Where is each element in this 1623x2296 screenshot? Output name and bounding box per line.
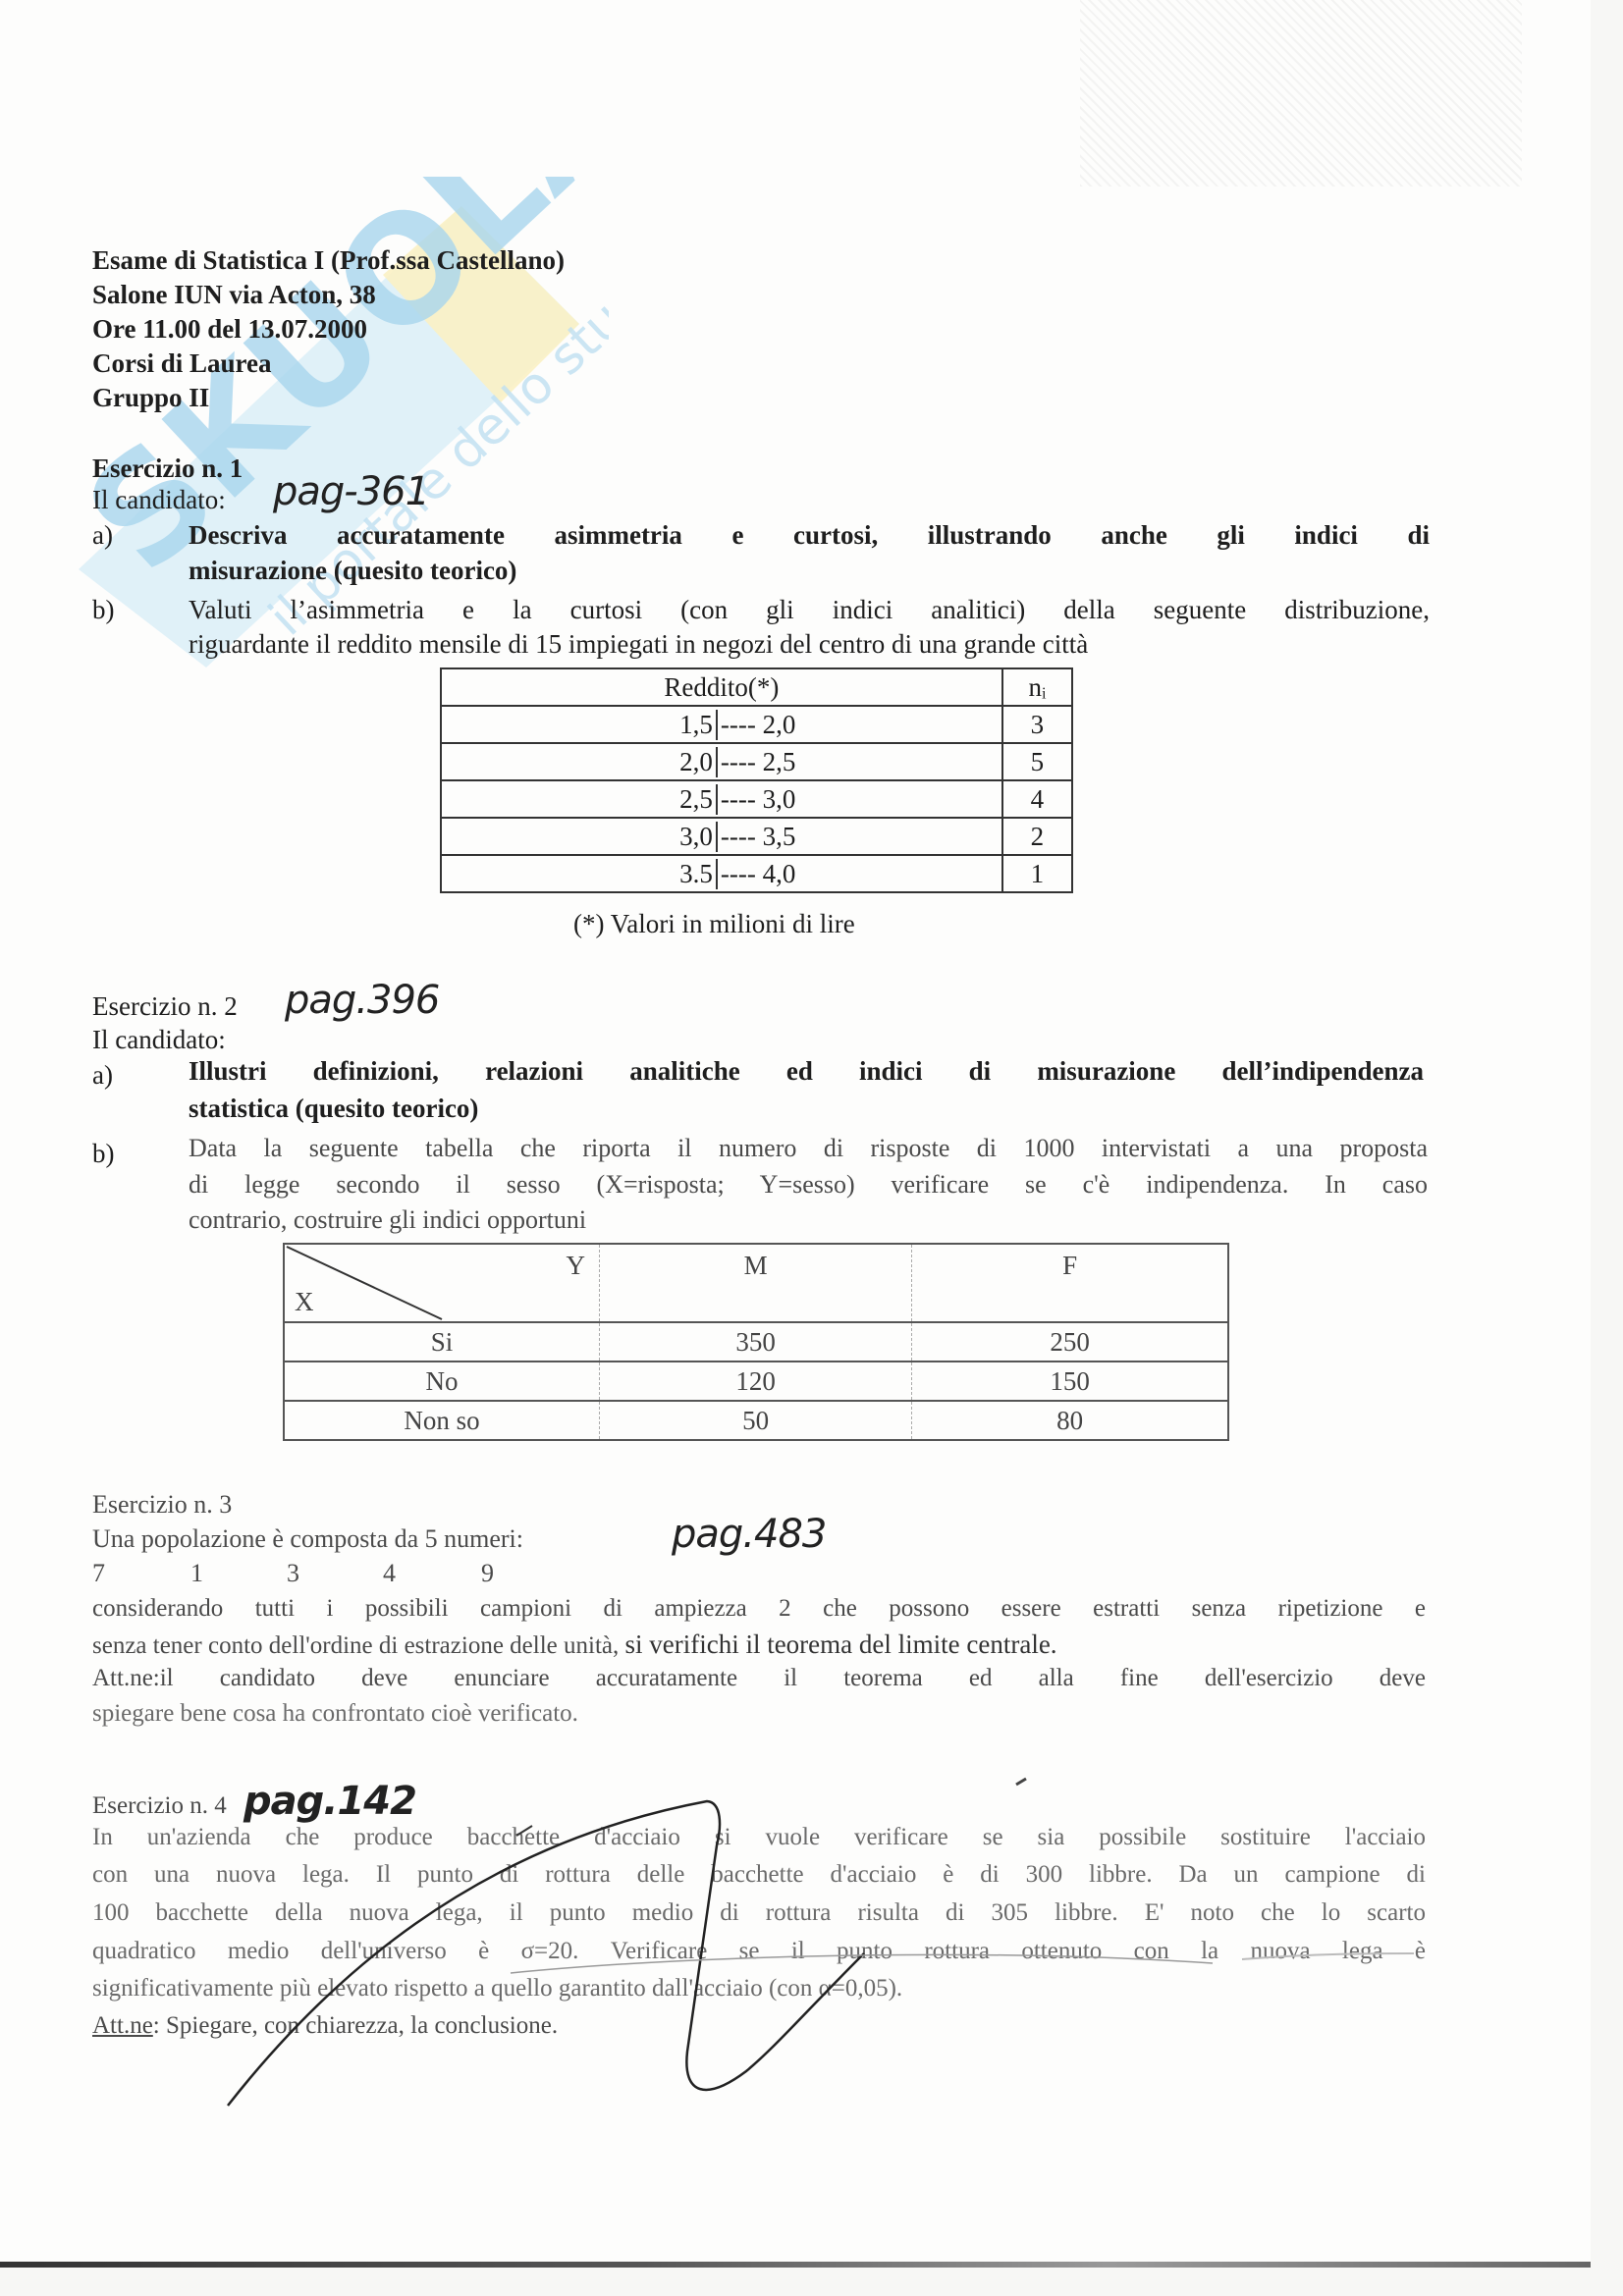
ex1-b-text-line2: riguardante il reddito mensile di 15 imp… [189, 629, 1088, 660]
ex3-number: 7 [92, 1559, 105, 1588]
ex3-line2: considerando tutti i possibili campioni … [92, 1595, 1426, 1623]
ex1-a-text-line1: Descriva accuratamente asimmetria e curt… [189, 520, 1430, 551]
ex4-title: Esercizio n. 4 [92, 1792, 227, 1820]
ex2-a-label: a) [92, 1060, 113, 1091]
class-upper: ---- 2,0 [718, 710, 799, 740]
class-lower: 2,0 [644, 747, 718, 777]
corner-x-label: X [295, 1287, 314, 1317]
class-lower: 2,5 [644, 784, 718, 815]
diagonal-divider [285, 1245, 599, 1321]
row-label: Si [284, 1322, 600, 1362]
ex4-att-text: : Spiegare, con chiarezza, la conclusion… [153, 2012, 558, 2039]
ex4-handwritten-note: pag.142 [243, 1779, 416, 1824]
table-row: 1,5---- 2,0 3 [441, 706, 1072, 743]
ex1-title: Esercizio n. 1 [92, 452, 243, 486]
class-lower: 1,5 [644, 710, 718, 740]
ex3-number: 3 [287, 1559, 299, 1588]
row-label: Non so [284, 1401, 600, 1440]
ex2-a-text-line2: statistica (quesito teorico) [189, 1094, 478, 1124]
ex3-number: 9 [481, 1559, 494, 1588]
corner-y-label: Y [567, 1251, 586, 1281]
ex3-number: 1 [190, 1559, 203, 1588]
corner-cell: Y X [284, 1244, 600, 1322]
income-distribution-table: Reddito(*) nᵢ 1,5---- 2,0 3 2,0---- 2,5 … [440, 667, 1073, 893]
ex2-handwritten-note: pag.396 [285, 978, 439, 1023]
header-ni: nᵢ [1002, 668, 1072, 706]
col-header-m: M [600, 1244, 912, 1322]
table-row: 2,5---- 3,0 4 [441, 780, 1072, 818]
cell-value: 250 [912, 1322, 1228, 1362]
frequency: 2 [1002, 818, 1072, 855]
class-lower: 3.5 [644, 859, 718, 889]
contingency-table: Y X M F Si 350 250 No 120 150 Non so 50 … [283, 1243, 1229, 1441]
ex2-b-text-line1: Data la seguente tabella che riporta il … [189, 1134, 1428, 1163]
table-row: No 120 150 [284, 1362, 1228, 1401]
ex1-handwritten-note: pag-361 [273, 469, 429, 514]
table-row: Non so 50 80 [284, 1401, 1228, 1440]
exam-title: Esame di Statistica I (Prof.ssa Castella… [92, 243, 565, 278]
ex3-line1: Una popolazione è composta da 5 numeri: [92, 1524, 523, 1554]
cell-value: 350 [600, 1322, 912, 1362]
cell-value: 120 [600, 1362, 912, 1401]
ex3-number: 4 [383, 1559, 396, 1588]
ex2-intro: Il candidato: [92, 1025, 226, 1055]
ex1-a-label: a) [92, 520, 113, 551]
ex4-line4: quadratico medio dell'universo è σ=20. V… [92, 1938, 1426, 1965]
exam-course: Corsi di Laurea [92, 347, 272, 381]
ex1-b-text-line1: Valuti l’asimmetria e la curtosi (con gl… [189, 595, 1430, 625]
ex1-a-text-line2: misurazione (quesito teorico) [189, 556, 516, 586]
frequency: 5 [1002, 743, 1072, 780]
frequency: 3 [1002, 706, 1072, 743]
table-row: 3,0---- 3,5 2 [441, 818, 1072, 855]
ex3-line3-plain: senza tener conto dell'ordine di estrazi… [92, 1632, 624, 1659]
table-row: Si 350 250 [284, 1322, 1228, 1362]
ex2-a-text-line1: Illustri definizioni, relazioni analitic… [189, 1056, 1424, 1087]
ex1-intro: Il candidato: [92, 485, 226, 515]
ex3-line3: senza tener conto dell'ordine di estrazi… [92, 1629, 1057, 1660]
page-edge-shadow [0, 2262, 1591, 2268]
table-row: 2,0---- 2,5 5 [441, 743, 1072, 780]
class-lower: 3,0 [644, 822, 718, 852]
header-reddito: Reddito(*) [441, 668, 1002, 706]
ex4-line1: In un'azienda che produce bacchette d'ac… [92, 1824, 1426, 1851]
table-header-row: Y X M F [284, 1244, 1228, 1322]
scan-noise [1080, 0, 1522, 187]
exam-location: Salone IUN via Acton, 38 [92, 278, 376, 312]
ex1-b-label: b) [92, 595, 115, 625]
ex2-b-text-line2: di legge secondo il sesso (X=risposta; Y… [189, 1170, 1428, 1200]
ex2-b-text-line3: contrario, costruire gli indici opportun… [189, 1205, 586, 1235]
frequency: 1 [1002, 855, 1072, 892]
class-upper: ---- 3,0 [718, 784, 799, 815]
ex4-line5: significativamente più elevato rispetto … [92, 1975, 902, 2002]
ex4-line2: con una nuova lega. Il punto di rottura … [92, 1861, 1426, 1889]
table-row: 3.5---- 4,0 1 [441, 855, 1072, 892]
class-upper: ---- 2,5 [718, 747, 799, 777]
ex3-line5: spiegare bene cosa ha confrontato cioè v… [92, 1700, 578, 1728]
row-label: No [284, 1362, 600, 1401]
table-footnote: (*) Valori in milioni di lire [573, 909, 855, 939]
ex3-line3-emph: si verifichi il teorema del limite centr… [624, 1629, 1056, 1659]
exam-datetime: Ore 11.00 del 13.07.2000 [92, 312, 367, 347]
ex3-handwritten-note: pag.483 [672, 1512, 826, 1557]
ex4-attention: Att.ne: Spiegare, con chiarezza, la conc… [92, 2012, 558, 2040]
cell-value: 80 [912, 1401, 1228, 1440]
class-upper: ---- 3,5 [718, 822, 799, 852]
exam-group: Gruppo II [92, 381, 209, 415]
ex2-title: Esercizio n. 2 [92, 991, 238, 1022]
ex2-b-label: b) [92, 1139, 115, 1169]
frequency: 4 [1002, 780, 1072, 818]
ex3-line4: Att.ne:il candidato deve enunciare accur… [92, 1665, 1426, 1692]
ex4-att-label: Att.ne [92, 2012, 153, 2039]
ex3-title: Esercizio n. 3 [92, 1490, 232, 1520]
col-header-f: F [912, 1244, 1228, 1322]
table-header-row: Reddito(*) nᵢ [441, 668, 1072, 706]
ex4-line3: 100 bacchette della nuova lega, il punto… [92, 1899, 1426, 1927]
class-upper: ---- 4,0 [718, 859, 799, 889]
cell-value: 150 [912, 1362, 1228, 1401]
cell-value: 50 [600, 1401, 912, 1440]
